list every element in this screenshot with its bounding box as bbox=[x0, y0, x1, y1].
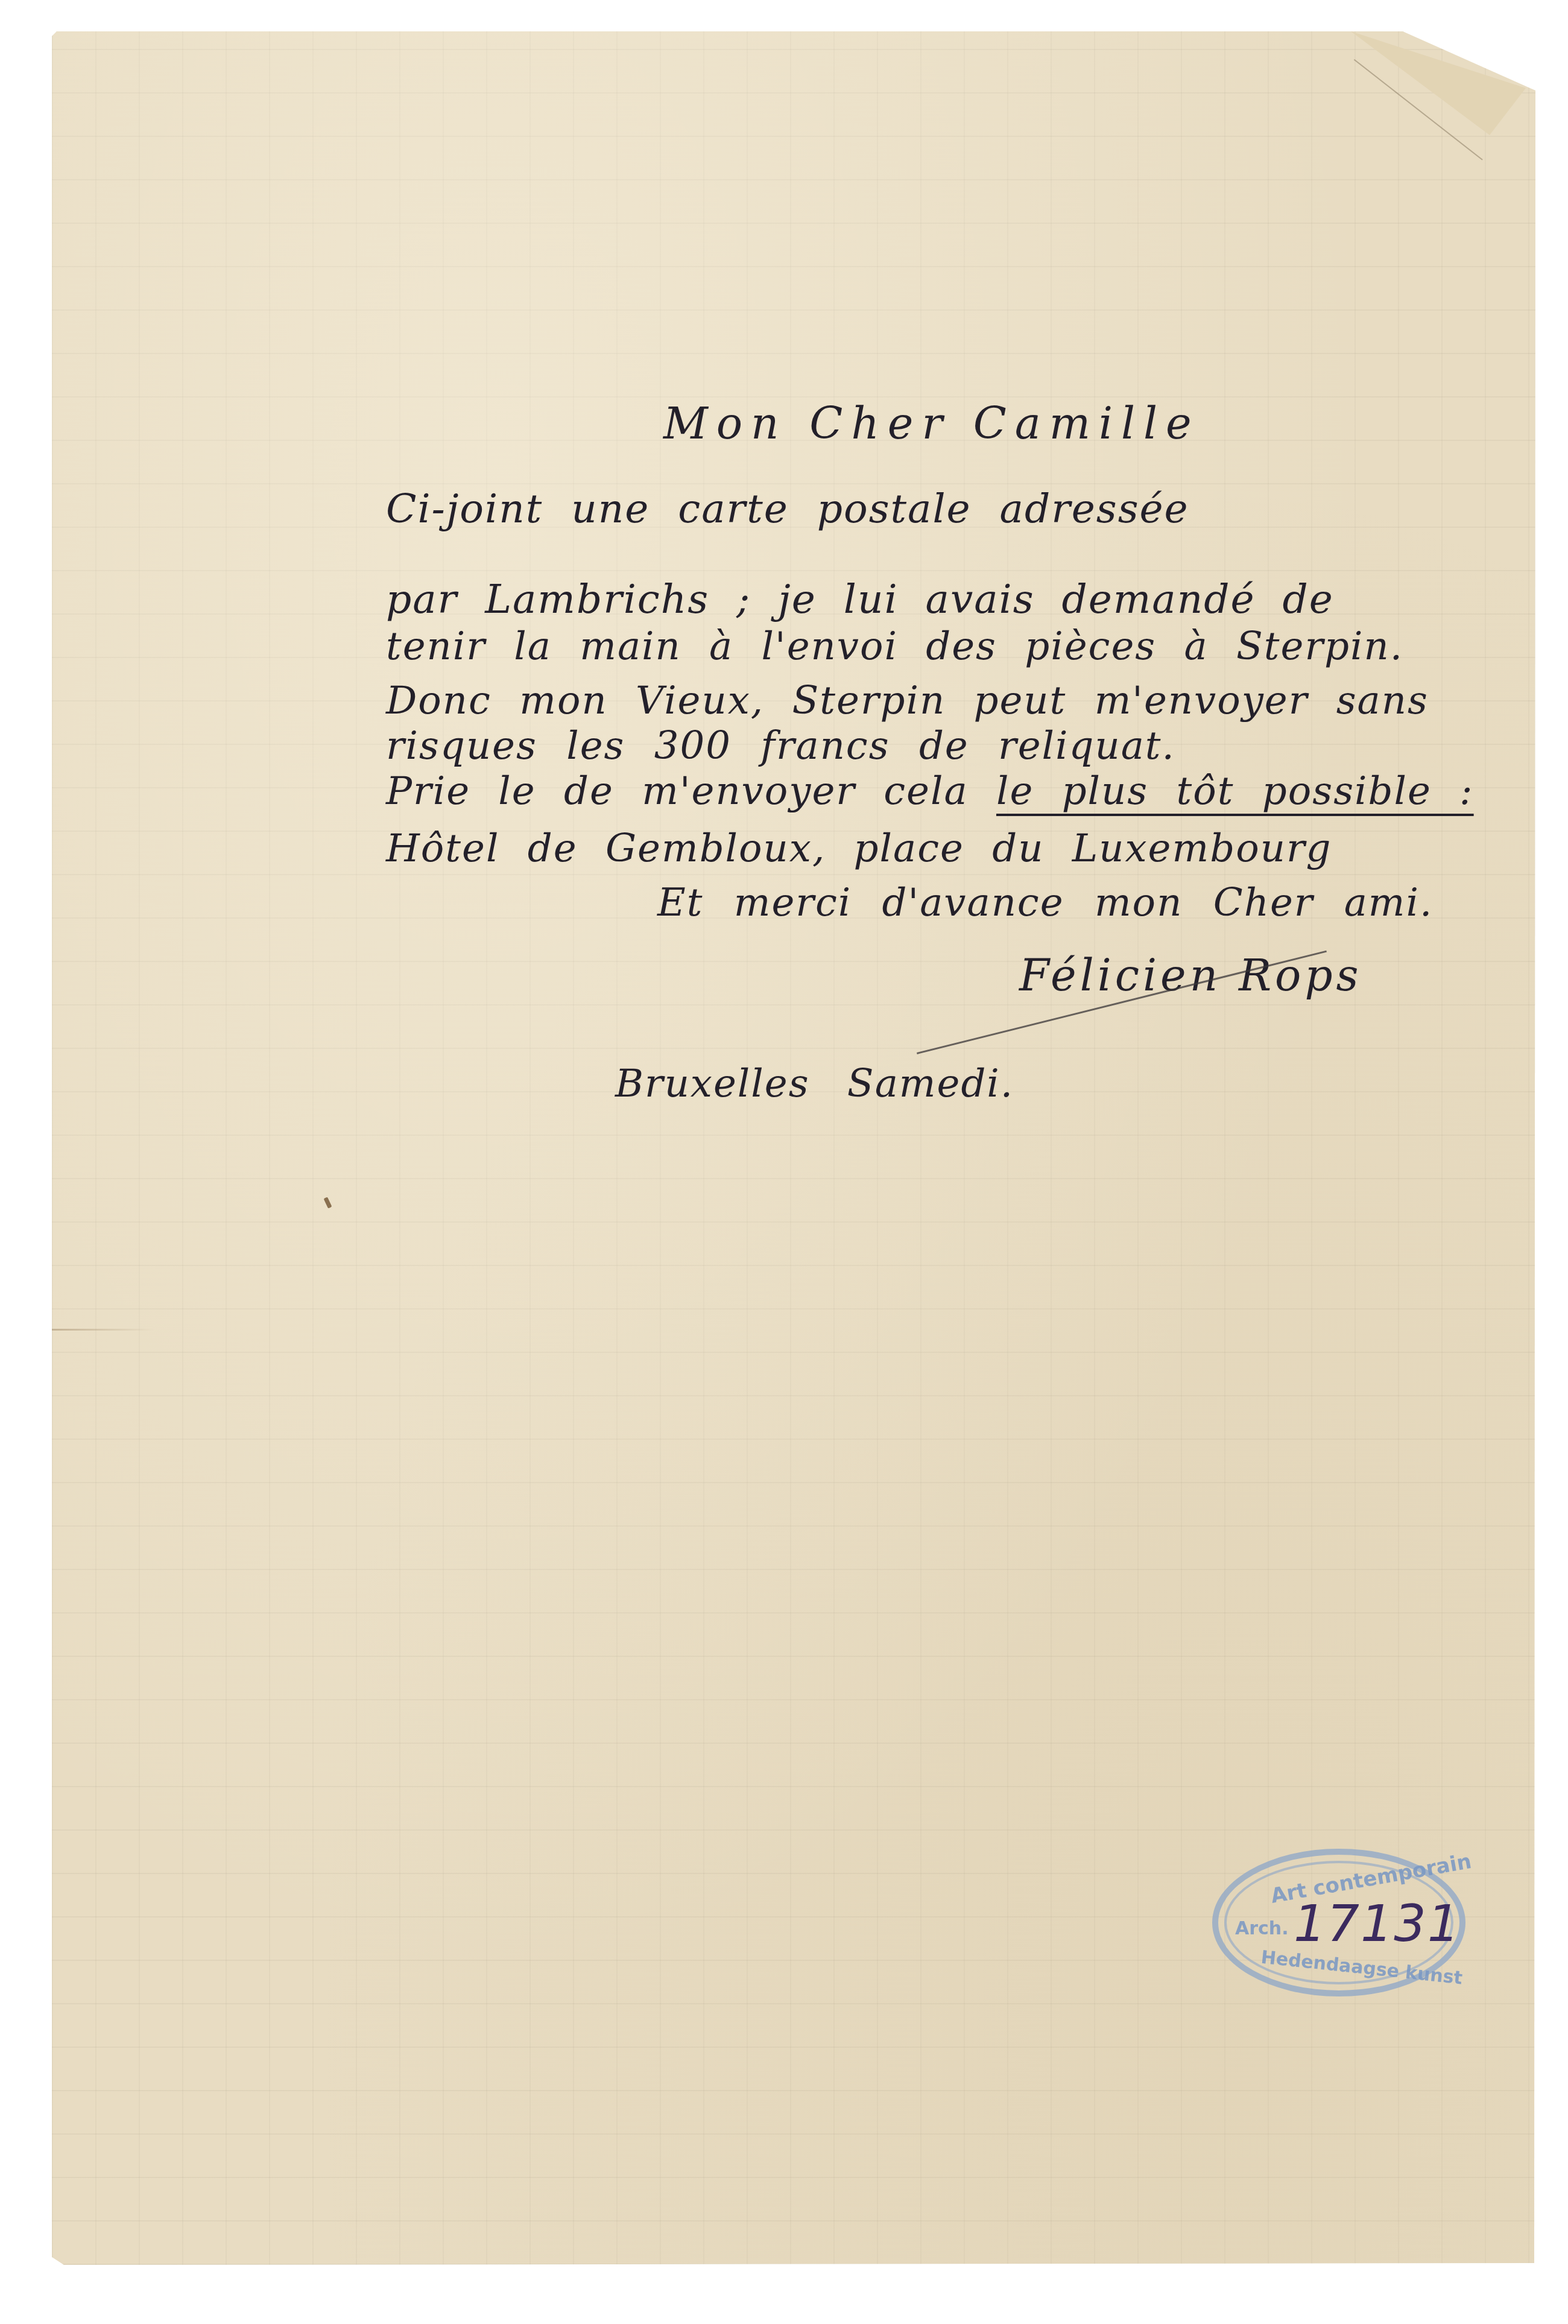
letter-line-6: Prie le de m'envoyer cela le plus tôt po… bbox=[386, 769, 1474, 814]
stamp-archive-number: 17131 bbox=[1294, 1894, 1461, 1953]
salutation: Mon Cher Camille bbox=[663, 398, 1200, 449]
stamp-prefix: Arch. bbox=[1235, 1918, 1289, 1939]
place-and-date: Bruxelles Samedi. bbox=[615, 1062, 1014, 1106]
underlined-emphasis: le plus tôt possible : bbox=[996, 769, 1474, 814]
letter-line-2: par Lambrichs ; je lui avais demandé de bbox=[386, 576, 1334, 622]
letter-line-7-address: Hôtel de Gembloux, place du Luxembourg bbox=[386, 826, 1332, 871]
letter-line-5: risques les 300 francs de reliquat. bbox=[386, 724, 1175, 768]
horizontal-fold-crease bbox=[52, 1329, 154, 1331]
letter-line-3: tenir la main à l'envoi des pièces à Ste… bbox=[386, 624, 1403, 669]
letter-line-4: Donc mon Vieux, Sterpin peut m'envoyer s… bbox=[386, 679, 1429, 723]
signature: Félicien Rops bbox=[1019, 950, 1362, 1001]
letter-line-1: Ci-joint une carte postale adressée bbox=[386, 486, 1189, 532]
letter-line-6-text: Prie le de m'envoyer cela bbox=[386, 769, 969, 814]
closing-line: Et merci d'avance mon Cher ami. bbox=[657, 881, 1433, 925]
